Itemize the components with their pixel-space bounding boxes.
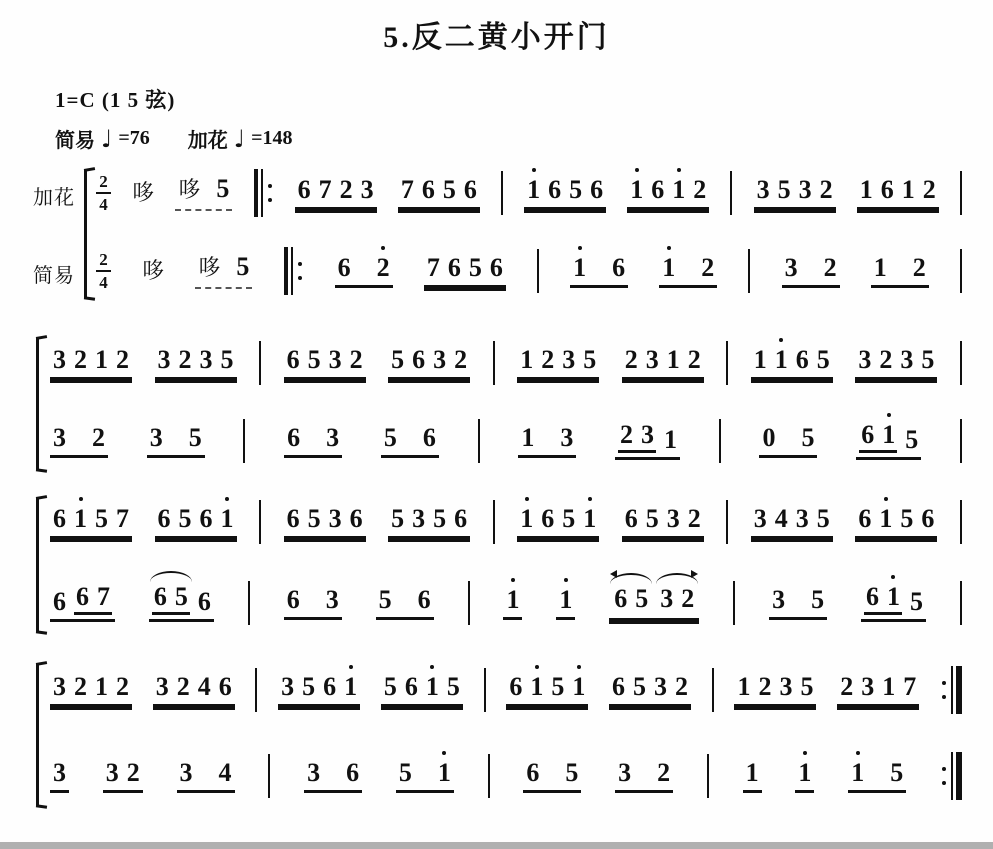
note-group: 3 [50, 760, 69, 793]
system-bracket-3 [36, 498, 48, 632]
page-title: 5.反二黄小开门 [0, 12, 993, 56]
note: 6 [448, 255, 461, 281]
note-group: 6532 [609, 674, 691, 707]
note: 5 [817, 506, 830, 532]
note: 2 [179, 347, 192, 373]
barline [484, 668, 486, 712]
octave-dot-high [511, 578, 515, 582]
 [942, 695, 946, 699]
note: 2 [74, 674, 87, 700]
note-number: 5 [778, 177, 791, 203]
 [942, 781, 946, 785]
note-number: 1 [664, 427, 677, 453]
note-number: 1 [754, 347, 767, 373]
note: 1 [902, 177, 915, 203]
note-number: 3 [307, 760, 320, 786]
note-number: 3 [156, 674, 169, 700]
note-number: 5 [469, 255, 482, 281]
repeat-dots [942, 767, 946, 785]
note: 6 [198, 589, 211, 615]
note: 6 [53, 506, 66, 532]
octave-dot-high [677, 168, 681, 172]
note-group: 1 [556, 587, 575, 620]
note-number: 2 [693, 177, 706, 203]
note-number: 7 [97, 584, 110, 610]
note: 3 [53, 674, 66, 700]
repeat-dots [268, 184, 272, 202]
note: 5 [391, 347, 404, 373]
note-number: 6 [323, 674, 336, 700]
note-group: 35 [147, 425, 205, 458]
note-number: 3 [326, 587, 339, 613]
note-group: 65 [612, 586, 650, 614]
octave-dot-high [430, 665, 434, 669]
note: 5 [384, 425, 397, 451]
lyric-word: 哆 [142, 259, 164, 282]
note-number: 6 [412, 347, 425, 373]
notation-line-system2-simple: 323563561323105615 [50, 412, 962, 470]
note: 6 [454, 506, 467, 532]
 [261, 169, 263, 217]
note-number: 6 [298, 177, 311, 203]
note: 3 [106, 760, 119, 786]
note-number: 6 [287, 506, 300, 532]
note: 3 [654, 674, 667, 700]
note-number: 1 [572, 674, 585, 700]
note: 1 [746, 760, 759, 786]
note-number: 1 [573, 255, 586, 281]
time-signature-line [96, 270, 111, 272]
 [291, 247, 293, 295]
barline [960, 341, 962, 385]
system-bracket-1 [84, 170, 96, 298]
notation-line-system2-ornate: 32123235653256321235231211653235 [50, 334, 962, 392]
note: 3 [618, 760, 631, 786]
barline [960, 171, 962, 215]
note-group: 6532 [609, 586, 699, 621]
note-number: 6 [921, 506, 934, 532]
note: 6 [866, 584, 879, 610]
note-group: 2312 [622, 347, 704, 380]
note-number: 6 [287, 587, 300, 613]
note: 5 [95, 506, 108, 532]
note-number: 5 [308, 506, 321, 532]
time-signature-denominator: 4 [99, 274, 108, 291]
note-number: 1 [74, 506, 87, 532]
note: 1 [887, 584, 900, 610]
note-group: 63 [284, 425, 342, 458]
barline [730, 171, 732, 215]
barline [268, 754, 270, 798]
note-number: 1 [851, 760, 864, 786]
note: 6 [861, 422, 874, 448]
note: 1 [874, 255, 887, 281]
note-number: 7 [401, 177, 414, 203]
note: 3 [757, 177, 770, 203]
barline [488, 754, 490, 798]
note: 3 [281, 674, 294, 700]
note: 2 [923, 177, 936, 203]
note-number: 6 [423, 425, 436, 451]
note: 1 [583, 506, 596, 532]
barline [733, 581, 735, 625]
note-number: 1 [798, 760, 811, 786]
note-group: 3212 [50, 674, 132, 707]
note: 1 [662, 255, 675, 281]
note-number: 1 [874, 255, 887, 281]
note-number: 2 [340, 177, 353, 203]
note-group: 32 [50, 425, 108, 458]
time-signature: 24 [96, 251, 111, 291]
note-number: 5 [236, 254, 249, 280]
note-number: 1 [882, 674, 895, 700]
note-group: 16 [570, 255, 628, 288]
note-group: 12 [659, 255, 717, 288]
note-number: 2 [179, 347, 192, 373]
note-number: 1 [520, 347, 533, 373]
note: 6 [418, 587, 431, 613]
repeat-start-sign [254, 169, 274, 217]
note-number: 6 [490, 255, 503, 281]
note-number: 1 [221, 506, 234, 532]
note-number: 2 [92, 425, 105, 451]
note-number: 5 [569, 177, 582, 203]
time-signature-numerator: 2 [99, 173, 108, 190]
note-group: 6536 [284, 506, 366, 539]
note-group: 12 [871, 255, 929, 288]
lyric-word: 哆 [198, 256, 220, 279]
note-number: 2 [657, 760, 670, 786]
note-number: 2 [824, 255, 837, 281]
note-group: 51 [396, 760, 454, 793]
note-number: 2 [913, 255, 926, 281]
note-group: 63 [284, 587, 342, 620]
note-number: 2 [688, 506, 701, 532]
note: 5 [399, 760, 412, 786]
note-number: 0 [762, 425, 775, 451]
note-number: 5 [384, 425, 397, 451]
note-number: 6 [158, 506, 171, 532]
note-number: 2 [116, 347, 129, 373]
note-number: 3 [646, 347, 659, 373]
note: 1 [737, 674, 750, 700]
note: 1 [882, 674, 895, 700]
note: 5 [179, 506, 192, 532]
note: 1 [506, 587, 519, 613]
note-number: 3 [796, 506, 809, 532]
note-number: 1 [882, 422, 895, 448]
note: 5 [221, 347, 234, 373]
note-number: 3 [180, 760, 193, 786]
note-number: 6 [350, 506, 363, 532]
note-group: 哆5 [195, 254, 252, 289]
note: 6 [612, 255, 625, 281]
barline [501, 171, 503, 215]
note: 5 [391, 506, 404, 532]
note-number: 6 [625, 506, 638, 532]
barline [960, 500, 962, 544]
note: 6 [346, 760, 359, 786]
note: 4 [198, 674, 211, 700]
note: 2 [688, 347, 701, 373]
note: 1 [860, 177, 873, 203]
repeat-dots [942, 681, 946, 699]
note: 3 [329, 347, 342, 373]
system-bracket-2 [36, 338, 48, 470]
note-number: 1 [530, 674, 543, 700]
note: 3 [53, 347, 66, 373]
note: 6 [464, 177, 477, 203]
note-group: 6561 [155, 506, 237, 539]
note-number: 5 [216, 176, 229, 202]
note-number: 1 [672, 177, 685, 203]
note-number: 3 [200, 347, 213, 373]
note: 6 [423, 425, 436, 451]
notation-line-system1-ornate: 24哆哆5672376561656161235321612 [96, 164, 962, 222]
note-number: 6 [422, 177, 435, 203]
note-group: 3435 [751, 506, 833, 539]
 [942, 767, 946, 771]
note: 3 [53, 760, 66, 786]
note: 2 [625, 347, 638, 373]
 [298, 262, 302, 266]
note: 6 [219, 674, 232, 700]
note-number: 2 [454, 347, 467, 373]
note: 6 [158, 506, 171, 532]
note-number: 1 [667, 347, 680, 373]
note: 2 [454, 347, 467, 373]
note: 3 [667, 506, 680, 532]
note: 5 [379, 587, 392, 613]
note-number: 5 [921, 347, 934, 373]
note-number: 6 [548, 177, 561, 203]
time-signature-denominator: 4 [99, 196, 108, 213]
note-number: 6 [198, 589, 211, 615]
repeat-end-sign [940, 666, 962, 714]
note-number: 1 [775, 347, 788, 373]
note-group: 1656 [524, 177, 606, 210]
barline [493, 341, 495, 385]
note-number: 1 [520, 506, 533, 532]
note: 2 [350, 347, 363, 373]
note-group: 3212 [50, 347, 132, 380]
note: 7 [903, 674, 916, 700]
note-group: 36 [304, 760, 362, 793]
note-number: 2 [541, 347, 554, 373]
barline [259, 341, 261, 385]
tempo-ornate-label: 加花 [188, 124, 228, 153]
note-number: 2 [127, 760, 140, 786]
note: 3 [361, 177, 374, 203]
octave-dot-high [349, 665, 353, 669]
note-number: 3 [754, 506, 767, 532]
note-number: 1 [506, 587, 519, 613]
note-group: 1235 [517, 347, 599, 380]
note: 3 [329, 506, 342, 532]
note: 5 [900, 506, 913, 532]
note: 5 [469, 255, 482, 281]
notation-line-system4-simple: 33234365165321115 [50, 747, 962, 805]
barline [255, 668, 257, 712]
note-number: 6 [338, 255, 351, 281]
tempo-ornate-value: =148 [251, 127, 292, 150]
note-number: 6 [651, 177, 664, 203]
note: 6 [612, 674, 625, 700]
note: 1 [573, 255, 586, 281]
note-number: 5 [905, 427, 918, 453]
 [254, 169, 258, 217]
note-number: 3 [641, 422, 654, 448]
note-number: 1 [527, 177, 540, 203]
note: 6 [921, 506, 934, 532]
note: 1 [667, 347, 680, 373]
note: 5 [910, 589, 923, 615]
note-number: 2 [625, 347, 638, 373]
note: 5 [447, 674, 460, 700]
note-number: 3 [158, 347, 171, 373]
note: 3 [641, 422, 654, 448]
note: 2 [177, 674, 190, 700]
note: 5 [633, 674, 646, 700]
note: 3 [180, 760, 193, 786]
note-number: 1 [95, 347, 108, 373]
note-number: 5 [900, 506, 913, 532]
note-number: 3 [281, 674, 294, 700]
note-number: 5 [811, 587, 824, 613]
note: 5 [778, 177, 791, 203]
octave-dot-high [532, 168, 536, 172]
note-group: 6157 [50, 506, 132, 539]
note-number: 2 [350, 347, 363, 373]
note: 5 [216, 176, 229, 202]
barline [719, 419, 721, 463]
note-group: 3561 [278, 674, 360, 707]
note-number: 6 [405, 674, 418, 700]
note-number: 2 [74, 347, 87, 373]
note: 2 [879, 347, 892, 373]
note-group: 3235 [155, 347, 237, 380]
note: 6 [405, 674, 418, 700]
note: 3 [646, 347, 659, 373]
note-number: 2 [879, 347, 892, 373]
note-number: 6 [541, 506, 554, 532]
quarter-note-icon: ♩ [234, 127, 245, 151]
note-number: 3 [433, 347, 446, 373]
note-number: 5 [890, 760, 903, 786]
note-group: 1651 [517, 506, 599, 539]
note: 2 [688, 506, 701, 532]
note: 1 [630, 177, 643, 203]
note-number: 3 [667, 506, 680, 532]
note-number: 6 [881, 177, 894, 203]
note-group: 7656 [398, 177, 480, 210]
lyric-word: 哆 [132, 181, 154, 204]
note-number: 6 [219, 674, 232, 700]
note: 2 [693, 177, 706, 203]
note-number: 6 [154, 584, 167, 610]
note: 6 [323, 674, 336, 700]
barline [712, 668, 714, 712]
note: 5 [384, 674, 397, 700]
note: 2 [820, 177, 833, 203]
note: 3 [562, 347, 575, 373]
note: 6 [881, 177, 894, 203]
note-group: 65 [523, 760, 581, 793]
note: 5 [635, 586, 648, 612]
octave-dot-high [779, 338, 783, 342]
note-number: 1 [737, 674, 750, 700]
note-number: 1 [746, 760, 759, 786]
note-group: 5615 [381, 674, 463, 707]
note-number: 3 [361, 177, 374, 203]
note-number: 3 [150, 425, 163, 451]
note: 1 [95, 674, 108, 700]
note-group: 65 [152, 584, 190, 615]
octave-dot-high [442, 751, 446, 755]
note-group: 1612 [627, 177, 709, 210]
barline [960, 581, 962, 625]
 [951, 666, 953, 714]
note: 1 [221, 506, 234, 532]
note: 5 [569, 177, 582, 203]
note-number: 5 [391, 506, 404, 532]
note: 6 [287, 425, 300, 451]
note-group: 1 [503, 587, 522, 620]
octave-dot-high [577, 665, 581, 669]
note-number: 5 [633, 674, 646, 700]
note-group: 1 [743, 760, 762, 793]
note: 6 [541, 506, 554, 532]
note: 6 [200, 506, 213, 532]
note-number: 6 [287, 347, 300, 373]
barline [537, 249, 539, 293]
quarter-note-icon: ♩ [101, 127, 112, 151]
note: 6 [614, 586, 627, 612]
note-group: 6532 [622, 506, 704, 539]
note: 5 [302, 674, 315, 700]
note: 3 [326, 425, 339, 451]
barline [707, 754, 709, 798]
note: 3 [156, 674, 169, 700]
note-number: 7 [427, 255, 440, 281]
note: 2 [758, 674, 771, 700]
note-number: 3 [900, 347, 913, 373]
note: 2 [92, 425, 105, 451]
note: 1 [672, 177, 685, 203]
barline [468, 581, 470, 625]
barline [248, 581, 250, 625]
note-group: 32 [658, 586, 696, 614]
note-group: 62 [335, 255, 393, 288]
note: 5 [565, 760, 578, 786]
barline [726, 500, 728, 544]
repeat-end-sign [940, 752, 962, 800]
note: 5 [308, 506, 321, 532]
note: 7 [116, 506, 129, 532]
note-number: 1 [344, 674, 357, 700]
note-group: 667 [50, 584, 115, 622]
note-group: 3246 [153, 674, 235, 707]
octave-dot-high [891, 575, 895, 579]
note-number: 4 [198, 674, 211, 700]
note-group: 35 [769, 587, 827, 620]
note-group: 6156 [855, 506, 937, 539]
note-number: 5 [308, 347, 321, 373]
note-group: 6151 [506, 674, 588, 707]
note-number: 2 [758, 674, 771, 700]
note-number: 6 [858, 506, 871, 532]
note-number: 1 [521, 425, 534, 451]
